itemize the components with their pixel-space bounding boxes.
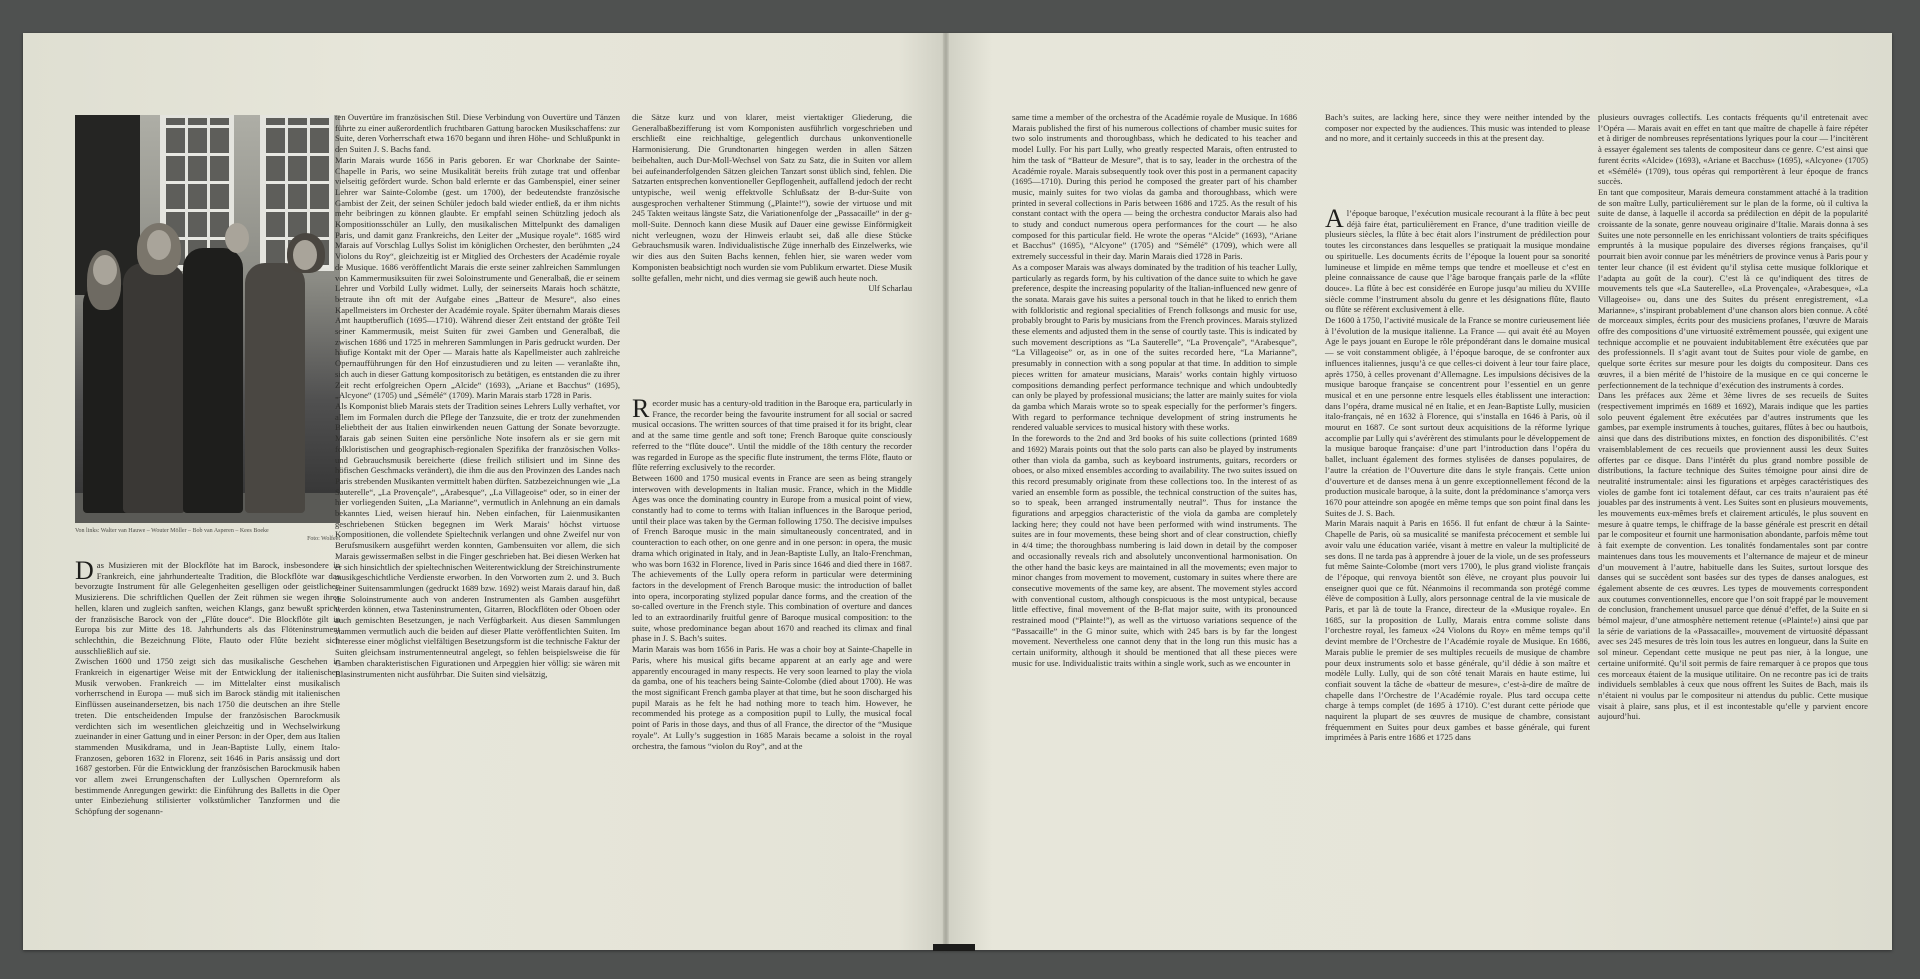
german-column-2: ten Ouvertüre im französischen Stil. Die…	[335, 112, 620, 679]
photo-caption-names: Von links: Walter van Hauwe – Wouter Möl…	[75, 527, 340, 535]
english-paragraph: Marin Marais was born 1656 in Paris. He …	[632, 644, 912, 751]
english-paragraph: same time a member of the orchestra of t…	[1012, 112, 1297, 262]
french-column-1: A l’époque baroque, l’exécution musicale…	[1325, 208, 1590, 743]
booklet-spine-fold	[943, 33, 949, 950]
german-paragraph: die Sätze kurz und von klarer, meist vie…	[632, 112, 912, 283]
photo-credit: Foto: Wolfeet	[75, 535, 340, 543]
german-paragraph: ten Ouvertüre im französischen Stil. Die…	[335, 112, 620, 155]
french-paragraph: Dans les préfaces aux 2ème et 3ème livre…	[1598, 390, 1868, 722]
german-paragraph: Als Komponist blieb Marais stets der Tra…	[335, 401, 620, 679]
dropcap-d: D	[75, 561, 94, 581]
french-paragraph: De 1600 à 1750, l’activité musicale de l…	[1325, 315, 1590, 518]
german-paragraph: as Musizieren mit der Blockflöte hat im …	[75, 560, 340, 656]
german-paragraph: Zwischen 1600 und 1750 zeigt sich das mu…	[75, 656, 340, 817]
dropcap-r: R	[632, 399, 649, 419]
french-paragraph: Marin Marais naquit à Paris en 1656. Il …	[1325, 518, 1590, 743]
dropcap-a: A	[1325, 209, 1344, 229]
german-column-3: die Sätze kurz und von klarer, meist vie…	[632, 112, 912, 294]
photo-caption: Von links: Walter van Hauwe – Wouter Möl…	[75, 527, 340, 543]
french-paragraph: l’époque baroque, l’exécution musicale r…	[1325, 208, 1590, 314]
french-paragraph: plusieurs ouvrages collectifs. Les conta…	[1598, 112, 1868, 187]
english-paragraph: As a composer Marais was always dominate…	[1012, 262, 1297, 433]
french-column-2: plusieurs ouvrages collectifs. Les conta…	[1598, 112, 1868, 722]
french-paragraph: En tant que compositeur, Marais demeura …	[1598, 187, 1868, 390]
german-intro-column: Das Musizieren mit der Blockflöte hat im…	[75, 560, 340, 817]
english-paragraph: ecorder music has a century-old traditio…	[632, 398, 912, 472]
english-paragraph: In the forewords to the 2nd and 3rd book…	[1012, 433, 1297, 668]
english-column-1: Recorder music has a century-old traditi…	[632, 398, 912, 751]
german-paragraph: Marin Marais wurde 1656 in Paris geboren…	[335, 155, 620, 401]
english-column-3: Bach’s suites, are lacking here, since t…	[1325, 112, 1590, 144]
author-signature: Ulf Scharlau	[632, 283, 912, 294]
musicians-photo	[75, 115, 340, 523]
english-paragraph: Bach’s suites, are lacking here, since t…	[1325, 112, 1590, 144]
spine-shadow	[933, 944, 975, 951]
english-column-2: same time a member of the orchestra of t…	[1012, 112, 1297, 669]
english-paragraph: Between 1600 and 1750 musical events in …	[632, 473, 912, 644]
